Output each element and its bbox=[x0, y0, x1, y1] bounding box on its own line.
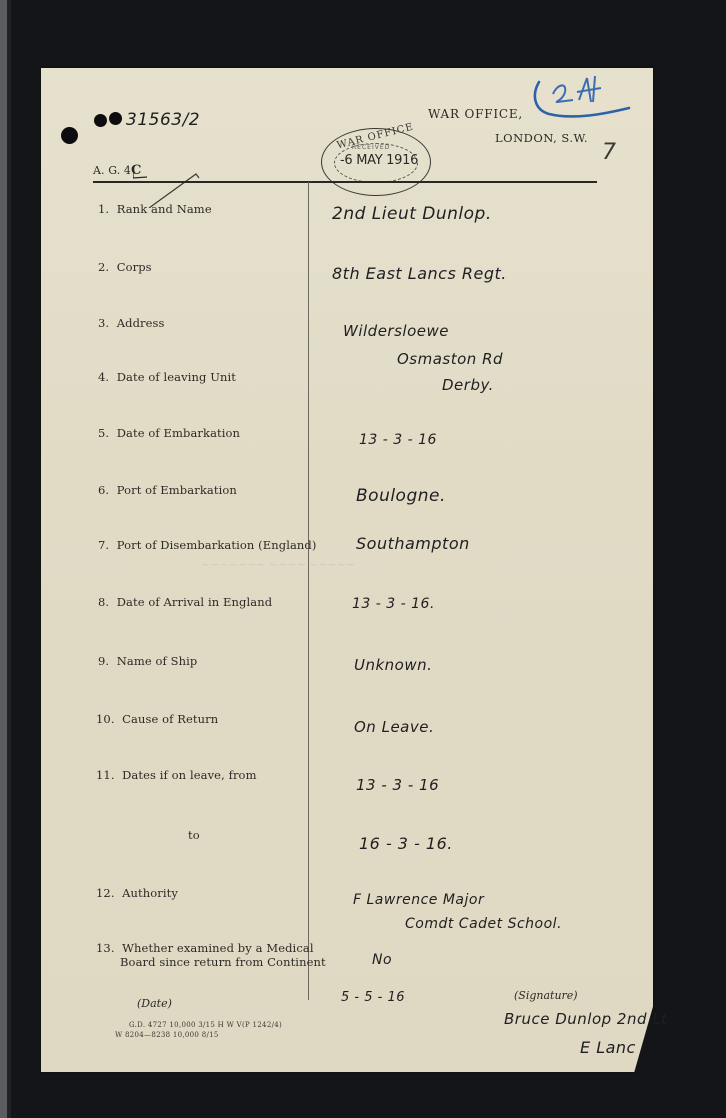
field-value-leave-from: 13 - 3 - 16 bbox=[356, 776, 439, 794]
field-value-address-line2: Osmaston Rd bbox=[397, 350, 503, 368]
print-code-line2: W 8204—8238 10,000 8/15 bbox=[115, 1031, 219, 1039]
field-label-3: 3. Address bbox=[98, 316, 165, 330]
date-caption: (Date) bbox=[137, 997, 172, 1010]
signature-caption: (Signature) bbox=[514, 989, 578, 1002]
field-value-embarkation-port: Boulogne. bbox=[356, 486, 446, 506]
column-divider bbox=[308, 182, 309, 1000]
field-value-address-line3: Derby. bbox=[442, 376, 494, 394]
stamp-received-text: RECEIVED bbox=[352, 144, 390, 151]
punch-hole bbox=[94, 114, 107, 127]
field-value-authority-line1: F Lawrence Major bbox=[353, 892, 484, 908]
field-value-disembarkation-port: Southampton bbox=[356, 534, 470, 553]
field-label-9: 9. Name of Ship bbox=[98, 654, 197, 668]
letterhead-line2: LONDON, S.W. bbox=[495, 131, 588, 145]
received-stamp: WAR OFFICE RECEIVED -6 MAY 1916 bbox=[321, 128, 431, 196]
field-value-arrival-date: 13 - 3 - 16. bbox=[352, 596, 435, 612]
field-label-13: 13. Whether examined by a Medical Board … bbox=[96, 941, 326, 969]
letterhead-line1: WAR OFFICE, bbox=[428, 107, 523, 121]
signature-line2: E Lanc bbox=[580, 1038, 636, 1057]
field-label-11-to: to bbox=[188, 828, 200, 842]
field-value-corps: 8th East Lancs Regt. bbox=[332, 264, 507, 283]
field-label-11: 11. Dates if on leave, from bbox=[96, 768, 257, 782]
field-value-address-line1: Wildersloewe bbox=[343, 322, 449, 340]
field-label-4: 4. Date of leaving Unit bbox=[98, 370, 236, 384]
field-label-12: 12. Authority bbox=[96, 886, 178, 900]
field-value-rank-name: 2nd Lieut Dunlop. bbox=[332, 204, 492, 224]
field-label-2: 2. Corps bbox=[98, 260, 152, 274]
field-label-6: 6. Port of Embarkation bbox=[98, 483, 237, 497]
field-value-cause-of-return: On Leave. bbox=[354, 718, 434, 736]
field-label-7: 7. Port of Disembarkation (England) bbox=[98, 538, 316, 552]
scanner-frame-edge bbox=[0, 0, 7, 1118]
bleed-through-text: ~~~~~~~ ~~~~ ~~~~~ bbox=[201, 558, 355, 571]
scanner-frame-shadow bbox=[7, 0, 11, 1118]
header-rule bbox=[93, 181, 597, 183]
field-value-medical-board: No bbox=[372, 952, 392, 968]
reference-number: 31563/2 bbox=[126, 110, 200, 130]
field-value-ship-name: Unknown. bbox=[354, 656, 432, 674]
blue-pencil-annotation-icon bbox=[529, 72, 639, 124]
punch-hole bbox=[109, 112, 122, 125]
field-value-embarkation-date: 13 - 3 - 16 bbox=[359, 432, 437, 448]
field-label-10: 10. Cause of Return bbox=[96, 712, 218, 726]
field-value-leave-to: 16 - 3 - 16. bbox=[359, 834, 453, 853]
office-code-text: A. G. 4 bbox=[93, 164, 131, 177]
field-label-8: 8. Date of Arrival in England bbox=[98, 595, 272, 609]
field-label-1: 1. Rank and Name bbox=[98, 202, 212, 216]
folio-mark: 7 bbox=[602, 140, 617, 165]
date-value: 5 - 5 - 16 bbox=[341, 990, 405, 1005]
punch-hole bbox=[61, 127, 78, 144]
field-label-5: 5. Date of Embarkation bbox=[98, 426, 240, 440]
print-code-line1: G.D. 4727 10,000 3/15 H W V(P 1242/4) bbox=[129, 1021, 282, 1029]
stamp-date: -6 MAY 1916 bbox=[340, 153, 418, 168]
document-page: 31563/2 A. G. 4C WAR OFFICE, LONDON, S.W… bbox=[41, 68, 653, 1072]
field-value-authority-line2: Comdt Cadet School. bbox=[405, 916, 562, 932]
torn-corner bbox=[634, 1003, 654, 1073]
